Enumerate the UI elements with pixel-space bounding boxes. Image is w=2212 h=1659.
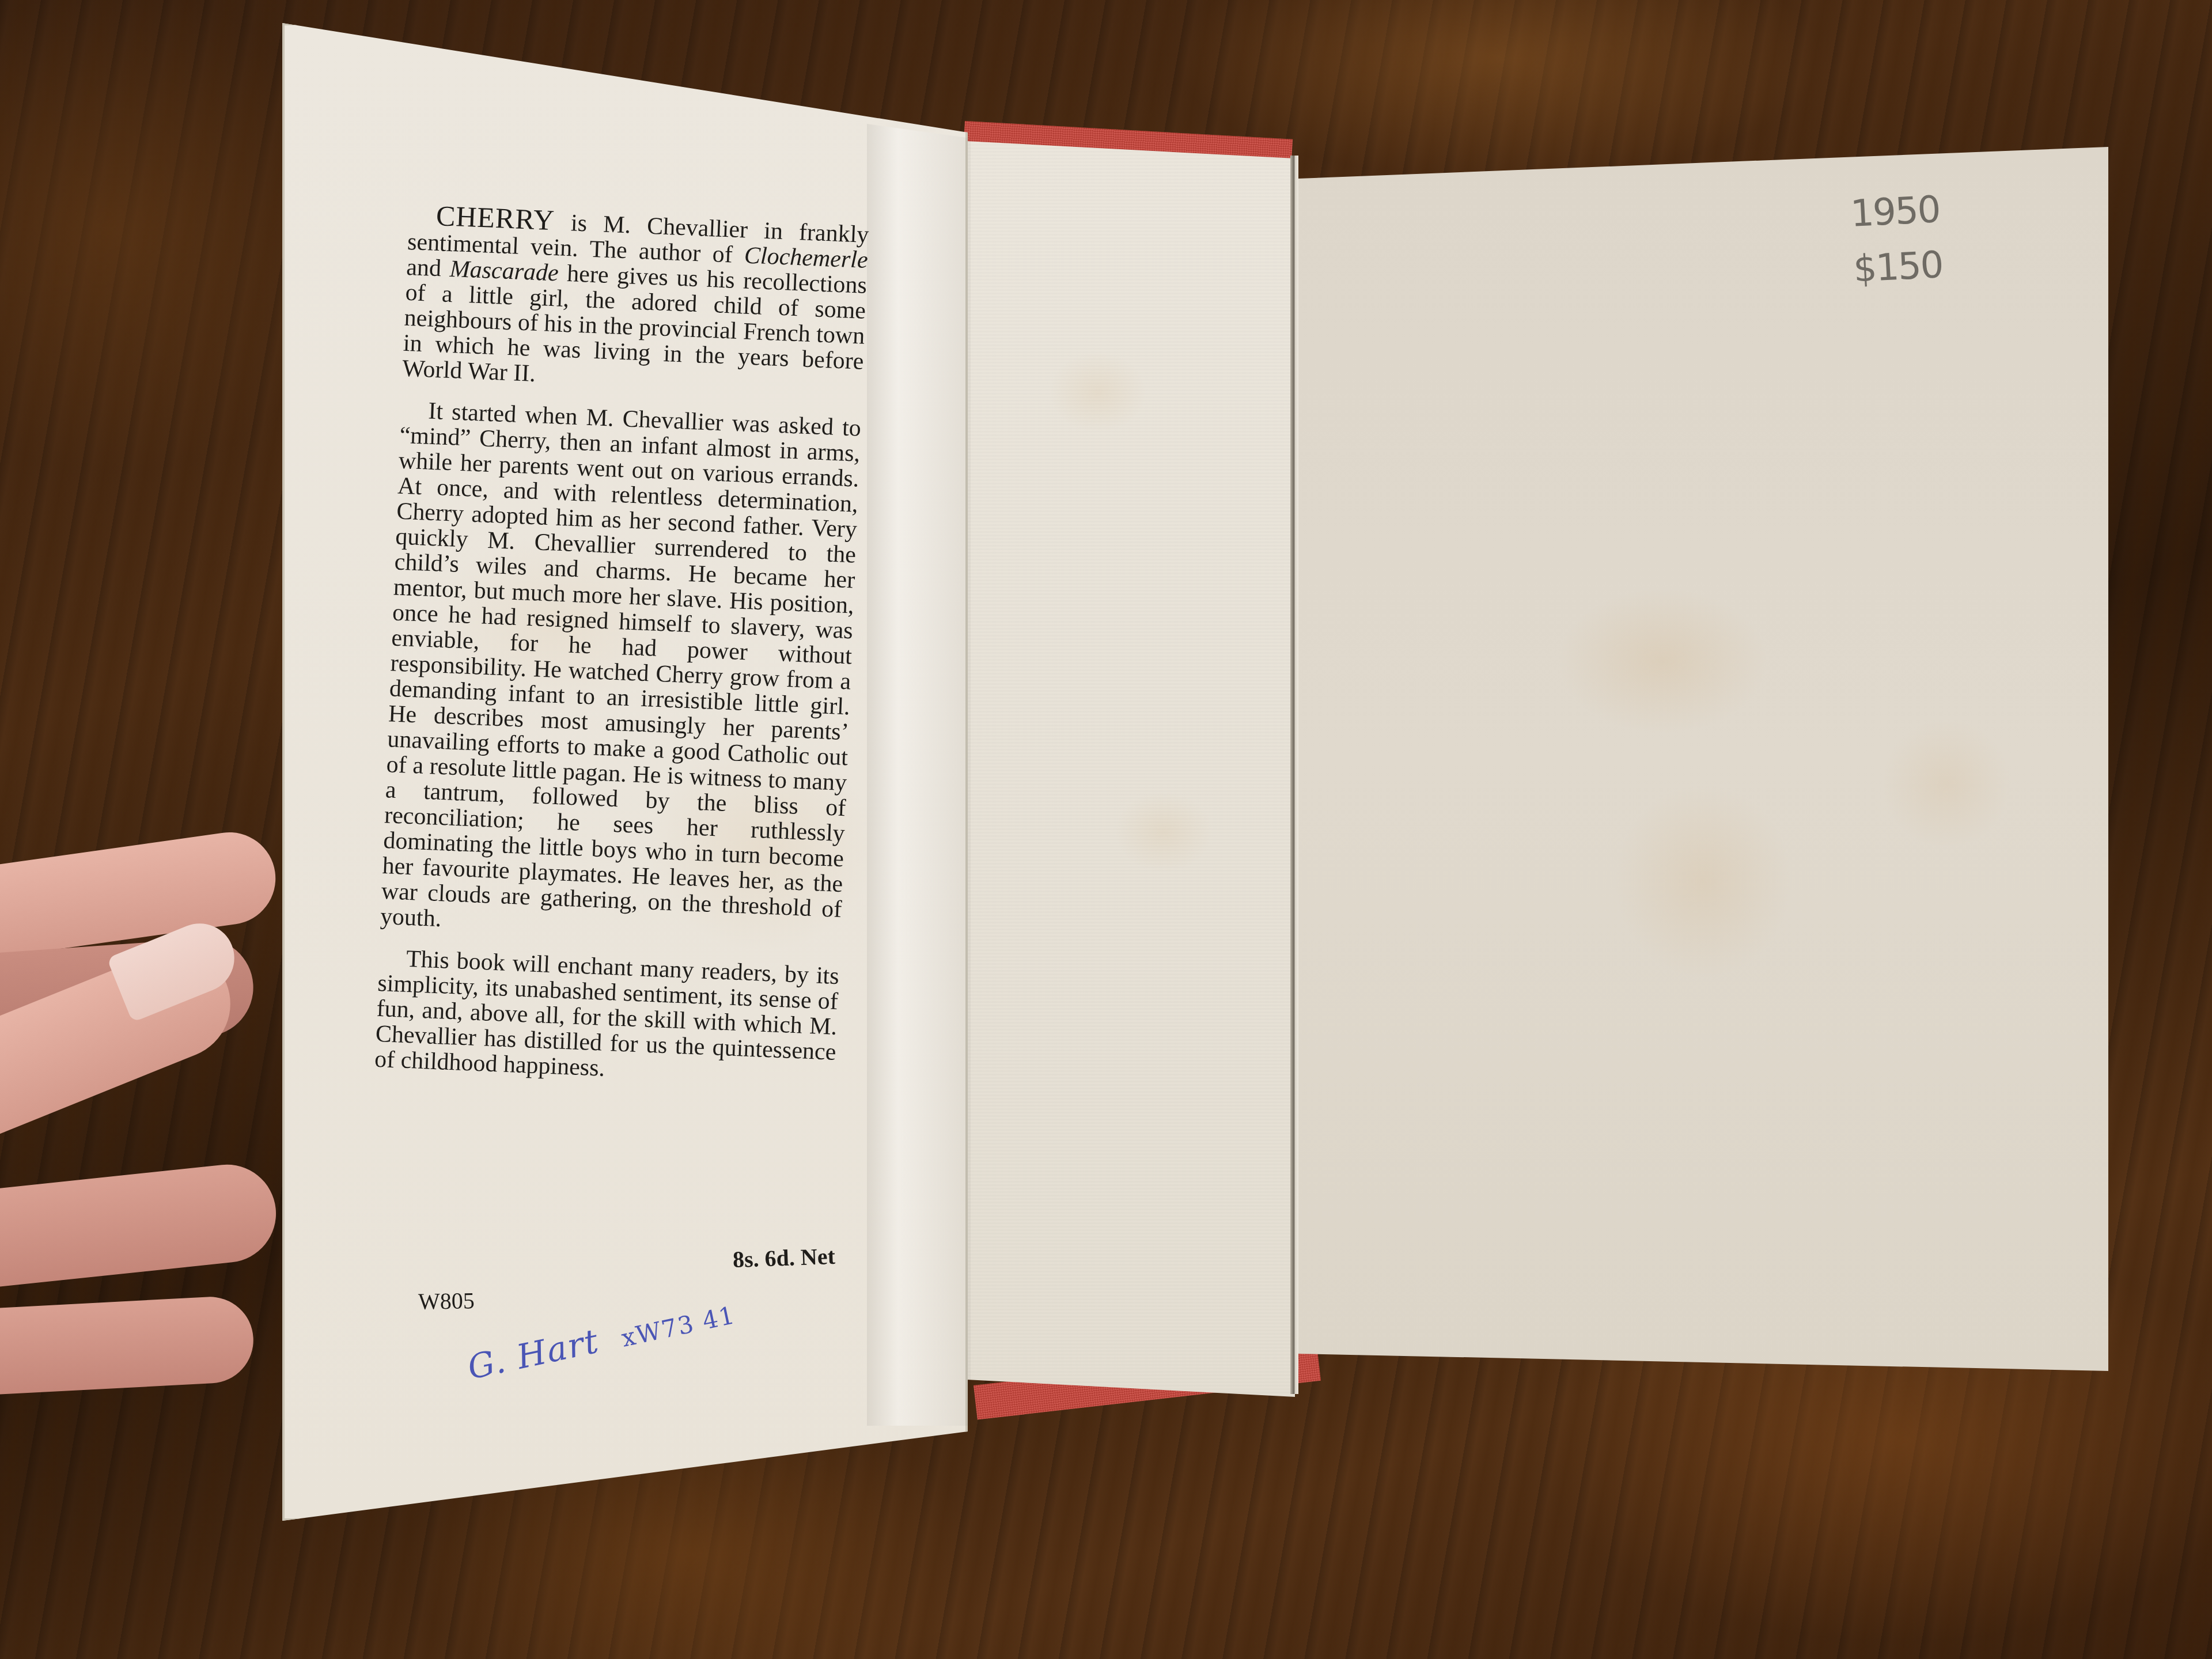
blurb-paragraph-2: It started when M. Chevallier was asked …	[380, 397, 861, 948]
catalog-code: W805	[418, 1287, 475, 1315]
right-page	[1298, 147, 2108, 1371]
pencil-price: $150	[1852, 237, 1944, 297]
index-finger	[0, 827, 282, 960]
pencil-notes: 1950 $150	[1849, 182, 1944, 297]
front-pastedown	[967, 141, 1295, 1397]
gutter	[1290, 156, 1298, 1394]
flap-fold-strip	[867, 124, 971, 1426]
jacket-blurb: CHERRY is M. Chevallier in frankly senti…	[373, 202, 869, 1107]
blurb-paragraph-3: This book will enchant many readers, by …	[374, 945, 839, 1090]
price-label: 8s. 6d. Net	[732, 1243, 835, 1273]
blurb-paragraph-1: CHERRY is M. Chevallier in frankly senti…	[402, 202, 869, 400]
ring-finger	[0, 1160, 281, 1288]
pinky-finger	[0, 1295, 256, 1396]
pencil-year: 1950	[1849, 182, 1941, 242]
